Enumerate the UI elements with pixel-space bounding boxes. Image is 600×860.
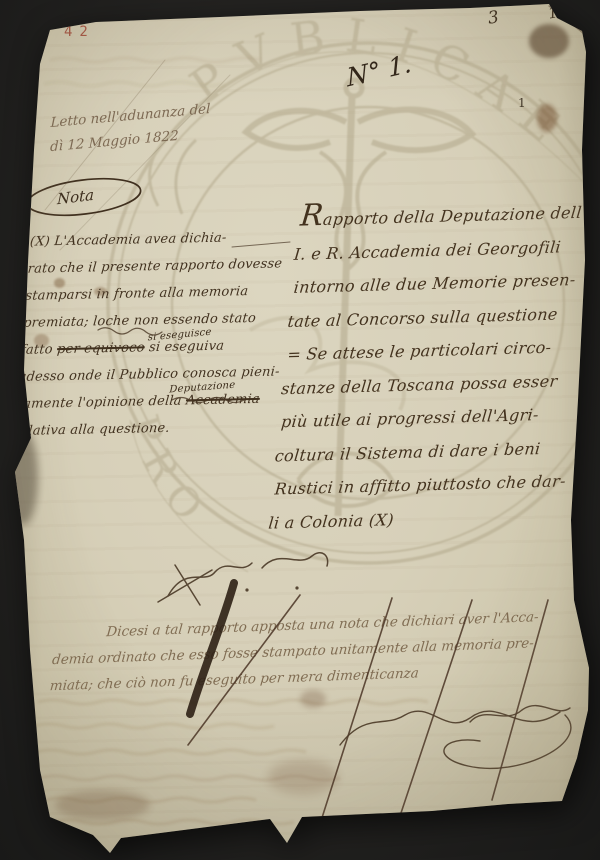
interlinear-insertion: Deputazione xyxy=(169,372,236,404)
corner-number-right: 13 xyxy=(547,1,569,22)
margin-word: fatto xyxy=(20,342,53,358)
manuscript-page: PVBLICAE PRO xyxy=(0,0,600,860)
margin-word: samente l'opinione della xyxy=(16,393,187,412)
archive-stamp-number: 42 xyxy=(64,24,95,40)
scanner-background: PVBLICAE PRO xyxy=(0,0,600,860)
cancelled-word: per equivoco xyxy=(56,340,145,357)
margin-note: (X) L'Accademia avea dichia- rato che il… xyxy=(13,223,303,445)
margin-note-line: relativa alla questione. xyxy=(13,412,287,445)
paper-sheet: PVBLICAE PRO xyxy=(0,0,600,860)
stain-spot xyxy=(537,104,557,132)
stain-spot xyxy=(300,690,326,708)
stain-spot xyxy=(268,760,338,794)
stain-spot xyxy=(55,790,150,820)
printed-folio-number: 1 xyxy=(518,96,526,110)
margin-note-line: rato che il presente rapporto dovesse xyxy=(27,250,301,283)
stain-spot xyxy=(529,24,569,58)
report-title-text: Rapporto della Deputazione dell' I. e R.… xyxy=(267,191,599,539)
margin-note-opinion-line: samente l'opinione della Accademia xyxy=(15,385,289,418)
